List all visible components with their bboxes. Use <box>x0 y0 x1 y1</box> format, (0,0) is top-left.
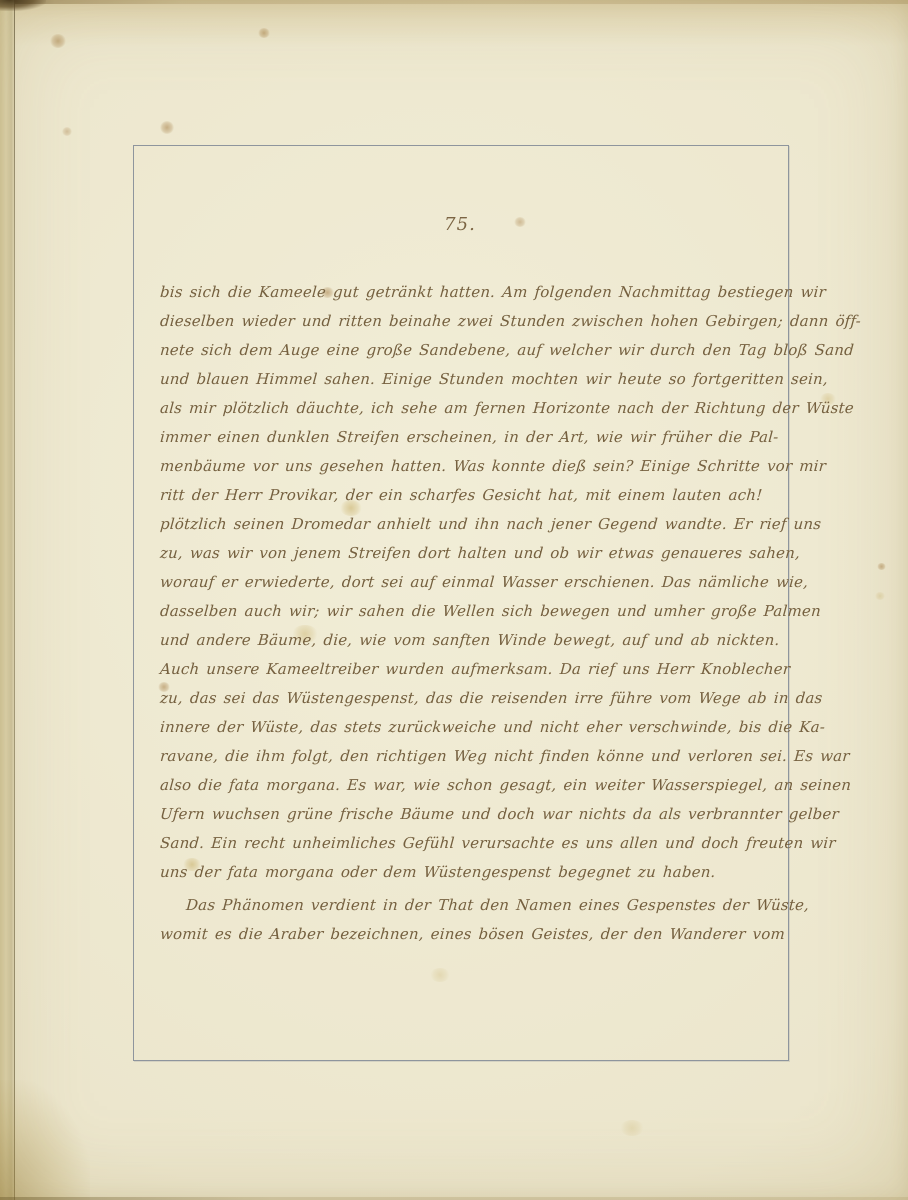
corner-stain <box>0 1080 90 1200</box>
manuscript-line: bis sich die Kameele gut getränkt hatten… <box>159 278 783 307</box>
corner-wear-mark <box>0 0 46 11</box>
manuscript-line: Auch unsere Kameeltreiber wurden aufmerk… <box>159 655 783 684</box>
foxing-spot <box>258 28 270 38</box>
manuscript-line: uns der fata morgana oder dem Wüstengesp… <box>159 858 783 887</box>
foxing-spot <box>620 1120 644 1136</box>
page-gutter-edge <box>0 0 15 1200</box>
manuscript-line: Das Phänomen verdient in der That den Na… <box>159 891 783 920</box>
gutter-crease-line <box>14 0 15 1200</box>
foxing-spot <box>62 127 72 136</box>
foxing-spot <box>875 592 885 600</box>
aged-top-band <box>0 0 908 46</box>
manuscript-line: und blauen Himmel sahen. Einige Stunden … <box>159 365 783 394</box>
manuscript-line: zu, das sei das Wüstengespenst, das die … <box>159 684 783 713</box>
manuscript-line: zu, was wir von jenem Streifen dort halt… <box>159 539 783 568</box>
manuscript-line: ravane, die ihm folgt, den richtigen Weg… <box>159 742 783 771</box>
manuscript-line: ritt der Herr Provikar, der ein scharfes… <box>159 481 783 510</box>
manuscript-line: worauf er erwiederte, dort sei auf einma… <box>159 568 783 597</box>
foxing-spot <box>877 563 886 570</box>
manuscript-line: also die fata morgana. Es war, wie schon… <box>159 771 783 800</box>
foxing-spot <box>50 34 66 48</box>
manuscript-line: Ufern wuchsen grüne frische Bäume und do… <box>159 800 783 829</box>
manuscript-line: nete sich dem Auge eine große Sandebene,… <box>159 336 783 365</box>
manuscript-line: womit es die Araber bezeichnen, eines bö… <box>159 920 783 949</box>
manuscript-line: als mir plötzlich däuchte, ich sehe am f… <box>159 394 783 423</box>
page-number: 75. <box>133 214 787 235</box>
manuscript-line: Sand. Ein recht unheimliches Gefühl veru… <box>159 829 783 858</box>
manuscript-line: innere der Wüste, das stets zurückweiche… <box>159 713 783 742</box>
manuscript-line: und andere Bäume, die, wie vom sanften W… <box>159 626 783 655</box>
manuscript-page-photo: 75. bis sich die Kameele gut getränkt ha… <box>0 0 908 1200</box>
page-top-edge <box>0 0 908 4</box>
foxing-spot <box>160 121 174 134</box>
manuscript-line: immer einen dunklen Streifen erscheinen,… <box>159 423 783 452</box>
manuscript-line: dasselben auch wir; wir sahen die Wellen… <box>159 597 783 626</box>
manuscript-text: bis sich die Kameele gut getränkt hatten… <box>159 278 781 949</box>
manuscript-line: menbäume vor uns gesehen hatten. Was kon… <box>159 452 783 481</box>
manuscript-line: dieselben wieder und ritten beinahe zwei… <box>159 307 783 336</box>
manuscript-line: plötzlich seinen Dromedar anhielt und ih… <box>159 510 783 539</box>
